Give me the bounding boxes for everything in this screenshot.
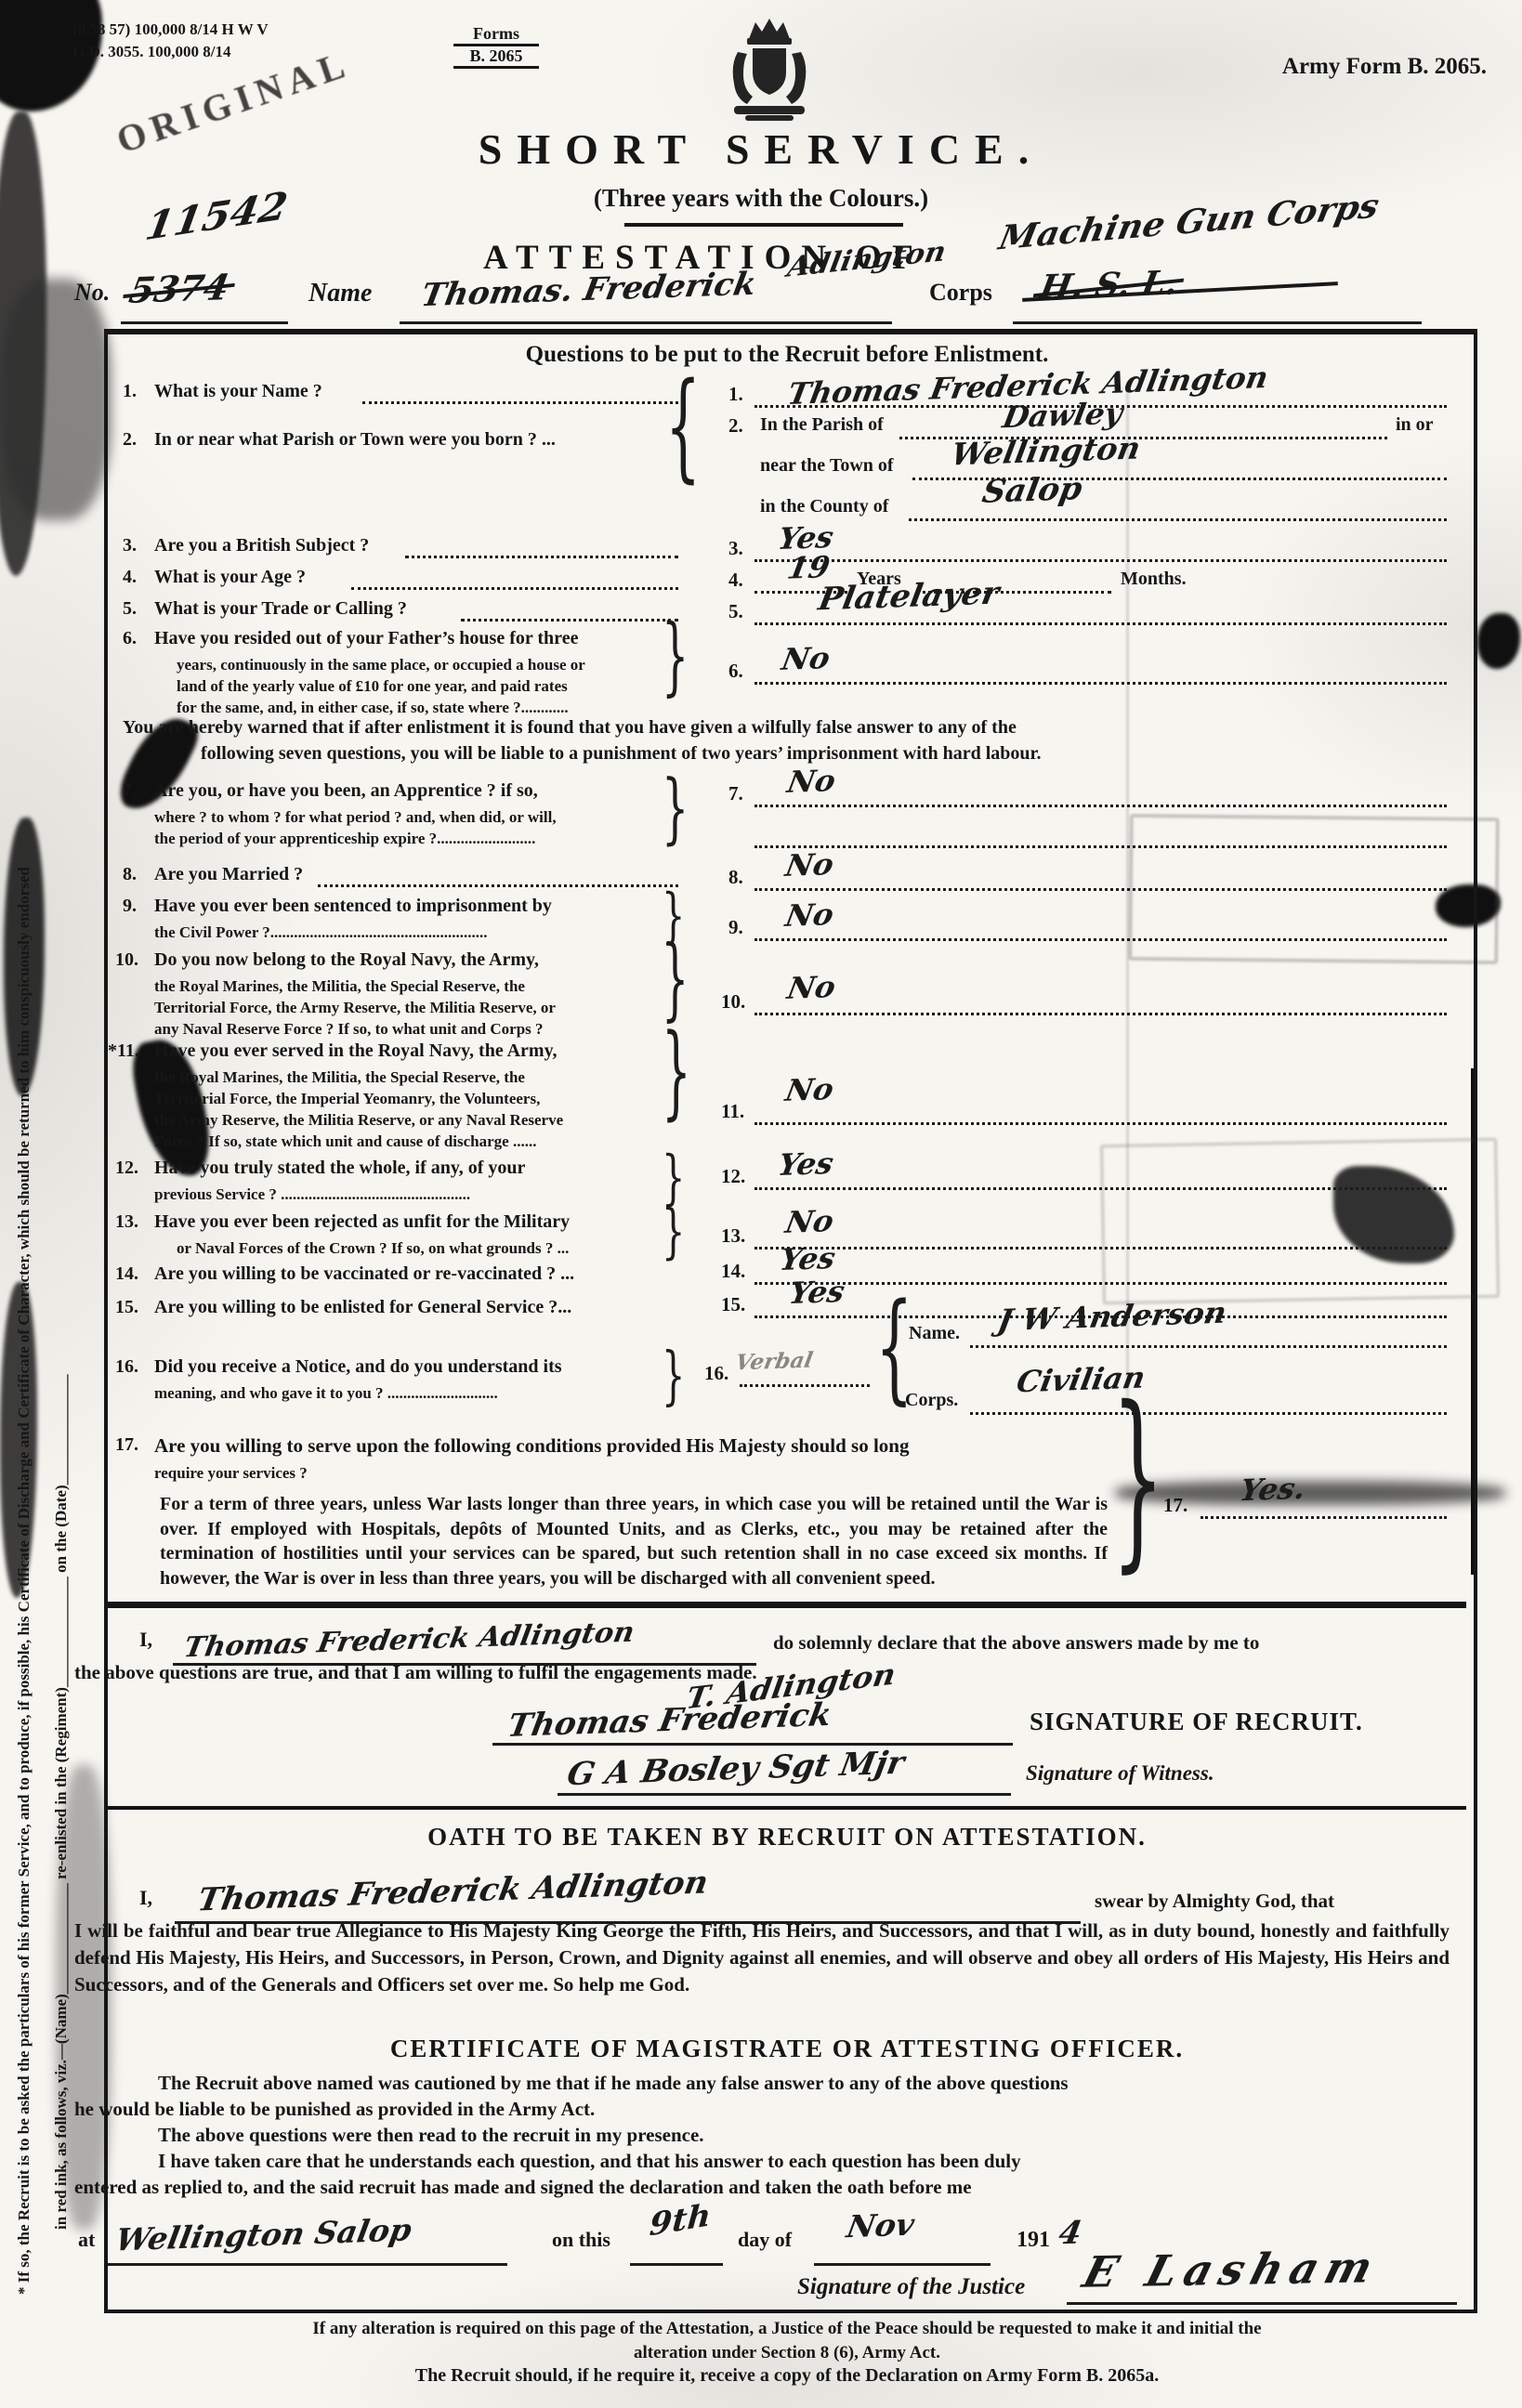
ink-mark — [1477, 613, 1520, 669]
name-underline — [400, 318, 892, 324]
witness-signature-underline — [558, 1789, 1011, 1796]
q2-county-label: in the County of — [760, 496, 888, 517]
q13-answer-line — [754, 1243, 1447, 1250]
q8-answer-handwritten: No — [782, 846, 836, 883]
q15-text: Are you willing to be enlisted for Gener… — [154, 1297, 571, 1318]
q10-subtext-3: any Naval Reserve Force ? If so, to what… — [154, 1018, 544, 1040]
day-of-label: day of — [738, 2228, 792, 2252]
q8-answer-line — [754, 884, 1447, 891]
q7-answer-line-2 — [754, 842, 1447, 848]
form-border-box — [104, 329, 1477, 2313]
no-underline — [121, 318, 288, 324]
q17-answer-line — [1201, 1512, 1447, 1519]
q17-number: 17. — [115, 1434, 138, 1456]
oath-heading: OATH TO BE TAKEN BY RECRUIT ON ATTESTATI… — [104, 1823, 1470, 1852]
q16-answer-line — [740, 1381, 870, 1387]
year-print: 191 — [1017, 2228, 1050, 2253]
q8-number: 8. — [123, 864, 137, 885]
footer-line-1: If any alteration is required on this pa… — [104, 2319, 1470, 2339]
q4-answer-number: 4. — [728, 569, 743, 592]
royal-crest-icon — [727, 15, 812, 128]
q1-answer-number: 1. — [728, 383, 743, 406]
q14-answer-handwritten: Yes — [777, 1240, 838, 1277]
q13-number: 13. — [115, 1211, 138, 1233]
q6-answer-line — [754, 678, 1447, 685]
forms-box: Forms B. 2065 — [453, 24, 539, 69]
q10-subtext-1: the Royal Marines, the Militia, the Spec… — [154, 975, 525, 997]
service-number-handwritten: 5374 — [126, 266, 232, 311]
q7-number: 7. — [123, 780, 137, 802]
q14-answer-number: 14. — [721, 1260, 745, 1283]
certificate-at-label: at — [78, 2228, 95, 2252]
q16-name-label: Name. — [909, 1323, 960, 1344]
q12-answer-handwritten: Yes — [775, 1145, 836, 1183]
corps-value-handwritten: H. S. L. — [1037, 263, 1181, 307]
q2-answer-number: 2. — [728, 414, 743, 438]
q6-answer-number: 6. — [728, 660, 743, 683]
q17-text: Are you willing to serve upon the follow… — [154, 1434, 910, 1458]
q8-answer-number: 8. — [728, 866, 743, 889]
q4-number: 4. — [123, 567, 137, 588]
subtitle-rule — [624, 223, 903, 227]
q6-answer-handwritten: No — [779, 640, 833, 677]
q17-subtext-1: require your services ? — [154, 1462, 308, 1484]
corps-underline — [1013, 318, 1422, 324]
q3-leader — [405, 552, 678, 558]
q12-answer-number: 12. — [721, 1165, 745, 1188]
q13-text: Have you ever been rejected as unfit for… — [154, 1211, 570, 1233]
q8-leader — [318, 881, 678, 887]
q7-subtext-1: where ? to whom ? for what period ? and,… — [154, 806, 557, 828]
declaration-text-1: do solemnly declare that the above answe… — [773, 1631, 1259, 1655]
q10-answer-number: 10. — [721, 990, 745, 1014]
q2-parish-suffix: in or — [1396, 414, 1434, 436]
place-underline — [108, 2259, 507, 2266]
q13-subtext-1: or Naval Forces of the Crown ? If so, on… — [177, 1237, 569, 1259]
q3-number: 3. — [123, 535, 137, 556]
q6-subtext-3: for the same, and, in either case, if so… — [177, 697, 569, 718]
q1-number: 1. — [123, 381, 137, 402]
certificate-heading: CERTIFICATE OF MAGISTRATE OR ATTESTING O… — [104, 2035, 1470, 2063]
certificate-p3b: entered as replied to, and the said recr… — [74, 2176, 972, 2199]
certificate-p1a: The Recruit above named was cautioned by… — [158, 2072, 1069, 2095]
q6-text: Have you resided out of your Father’s ho… — [154, 628, 578, 649]
certificate-p3a: I have taken care that he understands ea… — [158, 2150, 1021, 2173]
q11-subtext-1: the Royal Marines, the Militia, the Spec… — [154, 1067, 525, 1088]
q7-answer-handwritten: No — [784, 763, 838, 800]
q6-brace: } — [662, 612, 689, 698]
q5-leader — [461, 615, 678, 622]
q2-number: 2. — [123, 429, 137, 451]
q2-parish-handwritten: Dawley — [1000, 396, 1125, 435]
no-label: No. — [74, 279, 110, 307]
certificate-p1b: he would be liable to be punished as pro… — [74, 2098, 595, 2121]
day-underline — [630, 2259, 723, 2266]
q13-answer-handwritten: No — [782, 1203, 836, 1240]
recruit-name-handwritten: Thomas. Frederick — [418, 266, 759, 314]
q9-answer-handwritten: No — [782, 896, 836, 934]
oath-lead: swear by Almighty God, that — [1095, 1890, 1334, 1913]
q4-leader — [351, 583, 678, 590]
section-rule-1 — [108, 1602, 1466, 1608]
q13-brace: } — [662, 1202, 685, 1262]
q7-answer-line — [754, 801, 1447, 807]
q4-text: What is your Age ? — [154, 567, 306, 588]
margin-note-inner: in red ink, as follows, viz.—(Name)_____… — [52, 1374, 71, 2230]
q14-text: Are you willing to be vaccinated or re-v… — [154, 1263, 574, 1285]
q7-text: Are you, or have you been, an Apprentice… — [154, 780, 538, 802]
q10-answer-handwritten: No — [784, 969, 838, 1006]
q17-answer-handwritten: Yes. — [1237, 1471, 1308, 1508]
q9-answer-line — [754, 935, 1447, 941]
q6-subtext-2: land of the yearly value of £10 for one … — [177, 675, 568, 697]
q5-answer-number: 5. — [728, 600, 743, 623]
q9-subtext-1: the Civil Power ?.......................… — [154, 922, 488, 943]
corps-label: Corps — [929, 279, 992, 307]
q1-text: What is your Name ? — [154, 381, 322, 402]
footer-line-2: alteration under Section 8 (6), Army Act… — [104, 2343, 1470, 2363]
forms-number: B. 2065 — [453, 46, 539, 69]
q2-county-handwritten: Salop — [979, 470, 1085, 511]
month-underline — [814, 2259, 991, 2266]
q3-answer-line — [754, 556, 1447, 562]
q4-months-label: Months. — [1121, 569, 1187, 590]
q5-answer-handwritten: Platelayer — [816, 575, 1003, 619]
oath-prefix: I, — [139, 1886, 152, 1910]
q16-text: Did you receive a Notice, and do you und… — [154, 1356, 562, 1378]
on-this-label: on this — [552, 2228, 610, 2252]
q16-subtext-1: meaning, and who gave it to you ? ......… — [154, 1382, 498, 1404]
q11-answer-line — [754, 1119, 1447, 1125]
scan-stain — [0, 279, 112, 520]
q8-text: Are you Married ? — [154, 864, 303, 885]
q13-answer-number: 13. — [721, 1224, 745, 1248]
justice-label: Signature of the Justice — [797, 2274, 1025, 2300]
q12-text: Have you truly stated the whole, if any,… — [154, 1158, 525, 1179]
declaration-text-2: the above questions are true, and that I… — [74, 1661, 757, 1684]
q11-answer-handwritten: No — [782, 1071, 836, 1108]
q11-text: Have you ever served in the Royal Navy, … — [154, 1040, 557, 1062]
q9-answer-number: 9. — [728, 916, 743, 939]
q5-text: What is your Trade or Calling ? — [154, 598, 407, 620]
form-title: SHORT SERVICE. — [0, 124, 1522, 174]
recruit-signature-underline — [492, 1739, 1013, 1746]
q2-text: In or near what Parish or Town were you … — [154, 429, 556, 451]
q17-answer-number: 17. — [1163, 1494, 1187, 1517]
q16-number: 16. — [115, 1356, 138, 1378]
margin-note-outer: * If so, the Recruit is to be asked the … — [15, 867, 33, 2295]
q9-number: 9. — [123, 896, 137, 917]
q16-name-line — [970, 1341, 1447, 1348]
footer-line-3: The Recruit should, if he require it, re… — [104, 2365, 1470, 2387]
q16-corps-label: Corps. — [905, 1390, 958, 1411]
q5-number: 5. — [123, 598, 137, 620]
q12-subtext-1: previous Service ? .....................… — [154, 1184, 470, 1205]
q16-left-brace: } — [662, 1345, 685, 1408]
q14-answer-line — [754, 1278, 1447, 1285]
q11-subtext-2: Territorial Force, the Imperial Yeomanry… — [154, 1088, 540, 1109]
forms-label: Forms — [453, 24, 539, 46]
q11-subtext-4: Force ? If so, state which unit and caus… — [154, 1131, 536, 1152]
q6-subtext-1: years, continuously in the same place, o… — [177, 654, 585, 675]
q2-town-label: near the Town of — [760, 455, 894, 477]
q17-brace: } — [1111, 1384, 1164, 1577]
q10-answer-line — [754, 1009, 1447, 1015]
attestation-form-page: (8 58 57) 100,000 8/14 H W V G.D. 3055. … — [0, 0, 1522, 2408]
q7-answer-number: 7. — [728, 782, 743, 805]
q10-subtext-2: Territorial Force, the Army Reserve, the… — [154, 997, 556, 1018]
certificate-p2: The above questions were then read to th… — [158, 2124, 704, 2147]
q16-answer-handwritten: Verbal — [733, 1348, 815, 1376]
q6-number: 6. — [123, 628, 137, 649]
q7-brace: } — [662, 769, 689, 846]
army-form-number: Army Form B. 2065. — [1152, 54, 1487, 80]
q2-parish-label: In the Parish of — [760, 414, 884, 436]
q10-text: Do you now belong to the Royal Navy, the… — [154, 949, 539, 971]
warning-line-2: following seven questions, you will be l… — [201, 743, 1042, 765]
justice-signature: E Lasham — [1078, 2242, 1385, 2297]
q2-town-handwritten: Wellington — [949, 429, 1144, 472]
q14-number: 14. — [115, 1263, 138, 1285]
oath-body: I will be faithful and bear true Allegia… — [74, 1917, 1450, 1998]
name-label: Name — [308, 279, 372, 308]
q1-leader — [362, 398, 678, 404]
q5-answer-line — [754, 619, 1447, 625]
justice-underline — [1067, 2298, 1457, 2305]
q11-subtext-3: the Army Reserve, the Militia Reserve, o… — [154, 1109, 563, 1131]
q16-answer-number: 16. — [704, 1362, 728, 1385]
signature-of-recruit-label: SIGNATURE OF RECRUIT. — [1030, 1708, 1363, 1736]
q12-number: 12. — [115, 1158, 138, 1179]
q11-number: *11. — [108, 1040, 139, 1062]
q17-conditions: For a term of three years, unless War la… — [160, 1492, 1108, 1590]
q12-answer-line — [754, 1184, 1447, 1190]
q7-subtext-2: the period of your apprenticeship expire… — [154, 828, 535, 849]
warning-line-1: You are hereby warned that if after enli… — [123, 717, 1017, 739]
q10-number: 10. — [115, 949, 138, 971]
q9-text: Have you ever been sentenced to imprison… — [154, 896, 552, 917]
q2-county-line — [909, 515, 1447, 521]
section-rule-2 — [108, 1806, 1466, 1810]
q3-answer-number: 3. — [728, 537, 743, 560]
q15-answer-number: 15. — [721, 1293, 745, 1316]
q2-brace: { — [665, 369, 701, 486]
printer-reference-line-2: G.D. 3055. 100,000 8/14 — [72, 43, 230, 61]
q15-answer-handwritten: Yes — [786, 1274, 847, 1311]
q16-corps-line — [970, 1408, 1447, 1415]
printer-reference-line-1: (8 58 57) 100,000 8/14 H W V — [72, 20, 269, 39]
signature-of-witness-label: Signature of Witness. — [1026, 1761, 1214, 1786]
q15-number: 15. — [115, 1297, 138, 1318]
q11-brace: } — [662, 1020, 691, 1122]
declaration-prefix: I, — [139, 1628, 152, 1652]
q11-answer-number: 11. — [721, 1100, 744, 1123]
q10-brace: } — [662, 934, 689, 1024]
q3-text: Are you a British Subject ? — [154, 535, 369, 556]
month-handwritten: Nov — [844, 2206, 917, 2244]
